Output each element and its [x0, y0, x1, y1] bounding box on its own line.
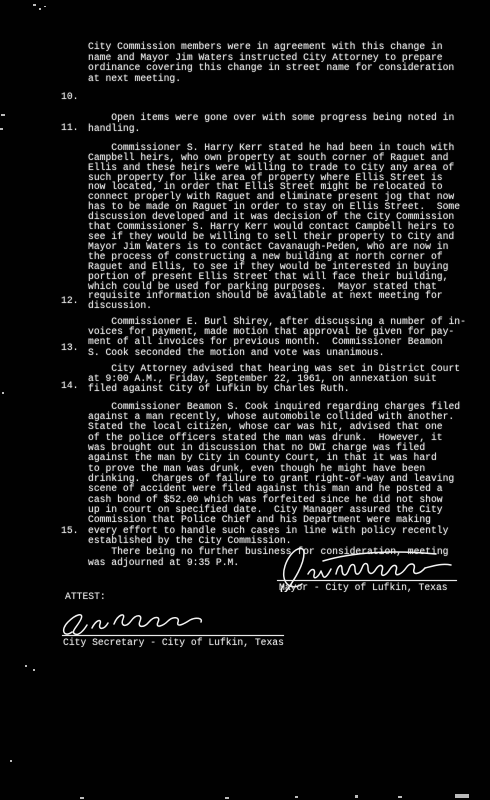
scan-noise: [0, 128, 3, 130]
mayor-title: Mayor - City of Lufkin, Texas: [279, 582, 448, 593]
scan-noise: [25, 665, 27, 667]
scan-noise: [355, 795, 358, 798]
scan-noise: [10, 760, 12, 762]
scan-noise: [295, 796, 298, 798]
mayor-signature-line: [277, 580, 457, 581]
secretary-signature-line: [62, 635, 284, 636]
scan-noise: [455, 794, 469, 798]
item-number: 10.: [61, 92, 78, 103]
item-number: 13.: [61, 343, 78, 353]
scan-noise: [80, 797, 84, 799]
minutes-item-11: 11. Commissioner S. Harry Kerr stated he…: [88, 123, 473, 321]
scan-noise: [225, 797, 229, 799]
item-number: 15.: [61, 526, 78, 537]
scan-noise: [44, 6, 46, 7]
item-number: 14.: [61, 381, 78, 391]
attest-label: ATTEST:: [65, 591, 106, 602]
item-text: Commissioner S. Harry Kerr stated he had…: [88, 142, 460, 312]
scan-noise: [398, 796, 402, 798]
secretary-title: City Secretary - City of Lufkin, Texas: [63, 637, 284, 648]
item-number: 11.: [61, 123, 78, 133]
scan-noise: [1, 114, 5, 116]
scan-noise: [2, 392, 4, 394]
continuation-paragraph: City Commission members were in agreemen…: [88, 42, 473, 84]
scan-noise: [33, 4, 36, 6]
scan-noise: [33, 669, 35, 671]
item-text: Commissioner Beamon S. Cook inquired reg…: [88, 401, 460, 546]
item-number: 12.: [61, 296, 78, 306]
scanned-minutes-page: City Commission members were in agreemen…: [0, 0, 490, 800]
scan-noise: [39, 8, 41, 10]
